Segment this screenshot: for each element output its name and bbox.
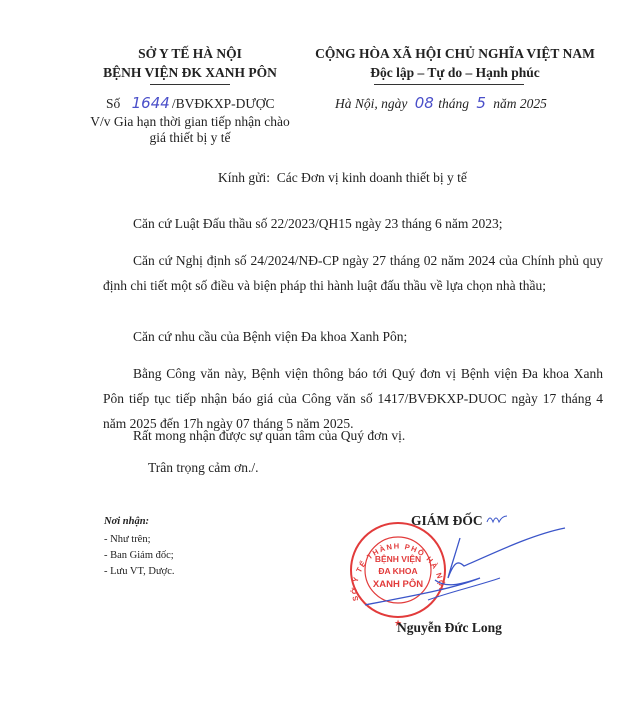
date-month-label: tháng: [438, 96, 469, 111]
recipient-item: - Ban Giám đốc;: [104, 548, 174, 563]
body-paragraph-3: Căn cứ nhu cầu của Bệnh viện Đa khoa Xan…: [103, 324, 603, 349]
date-day-handwritten: 08: [415, 94, 434, 112]
number-handwritten: 1644: [132, 94, 170, 112]
recipients-title: Nơi nhận:: [104, 514, 149, 529]
date-place: Hà Nội, ngày: [335, 96, 407, 111]
number-suffix: /BVĐKXP-DƯỢC: [172, 96, 275, 111]
hospital-name: BỆNH VIỆN ĐK XANH PÔN: [80, 64, 300, 81]
body-paragraph-5: Rất mong nhận được sự quan tâm của Quý đ…: [103, 423, 603, 448]
signer-name: Nguyễn Đức Long: [397, 619, 502, 636]
recipient-item: - Lưu VT, Dược.: [104, 564, 175, 579]
stamp-line-1: BỆNH VIỆN: [375, 553, 421, 564]
body-paragraph-1: Căn cứ Luật Đấu thầu số 22/2023/QH15 ngà…: [103, 211, 603, 236]
closing-thanks: Trân trọng cảm ơn./.: [148, 455, 259, 480]
signature-stroke: [448, 528, 565, 578]
date-line: Hà Nội, ngày 08 tháng 5 năm 2025: [335, 95, 547, 112]
motto: Độc lập – Tự do – Hạnh phúc: [290, 64, 620, 81]
stamp-line-2: ĐA KHOA: [378, 566, 417, 576]
date-month-handwritten: 5: [476, 94, 486, 112]
agency-name: SỞ Y TẾ HÀ NỘI: [80, 45, 300, 62]
recipient-line: Kính gửi: Các Đơn vị kinh doanh thiết bị…: [218, 165, 467, 190]
recipient-label: Kính gửi:: [218, 170, 270, 185]
date-year: năm 2025: [493, 96, 547, 111]
nation-title: CỘNG HÒA XÃ HỘI CHỦ NGHĨA VIỆT NAM: [290, 45, 620, 62]
header-left-divider: [150, 84, 230, 85]
initials-scribble: [487, 516, 507, 522]
document-number: Số 1644/BVĐKXP-DƯỢC: [106, 95, 275, 112]
recipient-item: - Như trên;: [104, 532, 151, 547]
recipient-value: Các Đơn vị kinh doanh thiết bị y tế: [277, 170, 467, 185]
motto-underline: [374, 84, 524, 85]
official-stamp: SỞ Y TẾ THÀNH PHỐ HÀ NỘI BỆNH VIỆN ĐA KH…: [350, 523, 446, 628]
subject-line-2: giá thiết bị y tế: [75, 129, 305, 146]
number-prefix: Số: [106, 96, 120, 111]
body-paragraph-2: Căn cứ Nghị định số 24/2024/NĐ-CP ngày 2…: [103, 248, 603, 298]
stamp-line-3: XANH PÔN: [373, 578, 423, 590]
subject-line-1: V/v Gia hạn thời gian tiếp nhận chào: [75, 113, 305, 130]
